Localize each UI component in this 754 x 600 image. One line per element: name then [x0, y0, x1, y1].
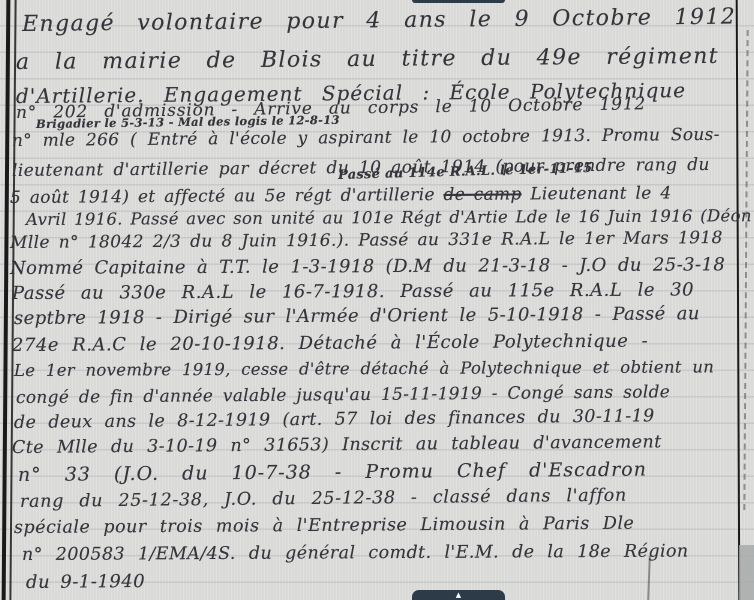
handwritten-line: Avril 1916. Passé avec son unité au 101e… — [26, 206, 752, 229]
viewer-toolbar-handle-top[interactable] — [412, 0, 505, 3]
adjacent-column-strip — [739, 0, 754, 600]
handwritten-line: n° 200583 1/EMA/4S. du général comdt. l'… — [22, 542, 689, 565]
paper-crease — [647, 556, 650, 600]
handwritten-line: Mlle n° 18042 2/3 du 8 Juin 1916.). Pass… — [10, 228, 723, 253]
handwritten-line: 5 août 1914) et affecté au 5e régt d'art… — [10, 183, 672, 208]
chevron-up-icon: ▲ — [456, 592, 461, 599]
handwritten-line: Passé au 330e R.A.L le 16-7-1918. Passé … — [12, 279, 694, 304]
struck-through-text: de camp — [443, 184, 521, 205]
handwritten-line: du 9-1-1940 — [26, 571, 145, 593]
handwritten-line: Engagé volontaire pour 4 ans le 9 Octobr… — [22, 5, 736, 37]
handwritten-line: spéciale pour trois mois à l'Entreprise … — [14, 514, 635, 538]
adjacent-column-rotated-text — [743, 30, 748, 510]
page-edge-shadow — [739, 545, 754, 600]
handwritten-line: Nommé Capitaine à T.T. le 1-3-1918 (D.M … — [10, 254, 725, 279]
handwritten-line: a la mairie de Blois au titre du 49e rég… — [16, 44, 719, 75]
handwritten-line: rang du 25-12-38, J.O. du 25-12-38 - cla… — [20, 486, 627, 512]
handwritten-line: n° 33 (J.O. du 10-7-38 - Promu Chef d'Es… — [18, 459, 647, 486]
handwritten-line: congé de fin d'année valable jusqu'au 15… — [16, 382, 670, 408]
handwritten-line: Cte Mlle du 3-10-19 n° 31653) Inscrit au… — [12, 432, 662, 458]
handwritten-line: 274e R.A.C le 20-10-1918. Détaché à l'Éc… — [12, 331, 648, 356]
document-scan[interactable]: Engagé volontaire pour 4 ans le 9 Octobr… — [0, 0, 754, 600]
handwritten-line: Le 1er novembre 1919, cesse d'être détac… — [14, 357, 714, 380]
register-column-border-left-outer — [2, 0, 11, 600]
viewer-toolbar-handle-bottom[interactable]: ▲ — [412, 590, 505, 600]
handwritten-line: de deux ans le 8-12-1919 (art. 57 loi de… — [14, 406, 655, 433]
handwritten-line: septbre 1918 - Dirigé sur l'Armée d'Orie… — [14, 303, 700, 329]
